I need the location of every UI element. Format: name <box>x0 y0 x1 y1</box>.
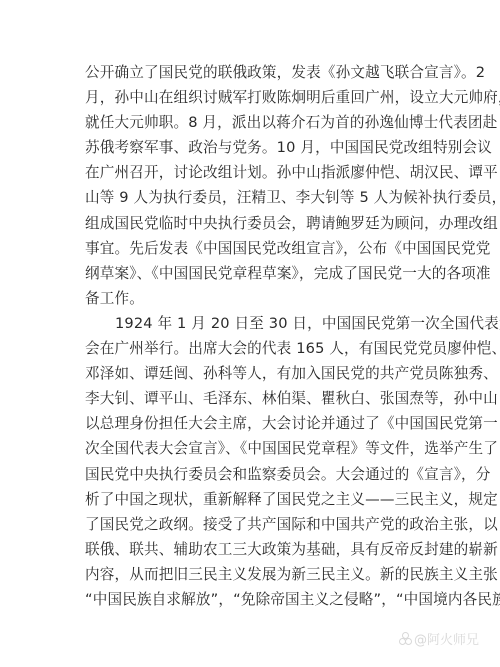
watermark: @阿火师兄 <box>399 629 479 648</box>
text-line: 以总理身份担任大会主席，大会讨论并通过了《中国国民党第一 <box>85 411 417 436</box>
watermark-text: @阿火师兄 <box>414 629 479 648</box>
text-line: 次全国代表大会宣言》、《中国国民党章程》等文件，选举产生了 <box>85 436 417 461</box>
text-line: 国民党中央执行委员会和监察委员会。大会通过的《宣言》，分 <box>85 462 417 487</box>
text-line: 备工作。 <box>85 286 417 311</box>
text-line: 月，孙中山在组织讨贼军打败陈炯明后重回广州，设立大元帅府， <box>85 85 417 110</box>
text-line: 就任大元帅职。8 月，派出以蒋介石为首的孙逸仙博士代表团赴 <box>85 110 417 135</box>
paw-logo-icon <box>399 632 412 645</box>
text-line: “中国民族自求解放”，“免除帝国主义之侵略”，“中国境内各民族一 <box>85 587 417 612</box>
text-line: 联俄、联共、辅助农工三大政策为基础，具有反帝反封建的崭新 <box>85 537 417 562</box>
text-line: 李大钊、谭平山、毛泽东、林伯渠、瞿秋白、张国焘等，孙中山 <box>85 386 417 411</box>
text-line: 在广州召开，讨论改组计划。孙中山指派廖仲恺、胡汉民、谭平 <box>85 160 417 185</box>
document-page: 公开确立了国民党的联俄政策，发表《孙文越飞联合宣言》。2 月，孙中山在组织讨贼军… <box>85 60 417 612</box>
text-line: 内容，从而把旧三民主义发展为新三民主义。新的民族主义主张 <box>85 562 417 587</box>
text-line: 析了中国之现状，重新解释了国民党之主义——三民主义，规定 <box>85 487 417 512</box>
text-line: 山等 9 人为执行委员，汪精卫、李大钊等 5 人为候补执行委员， <box>85 185 417 210</box>
text-line: 公开确立了国民党的联俄政策，发表《孙文越飞联合宣言》。2 <box>85 60 417 85</box>
text-line: 苏俄考察军事、政治与党务。10 月，中国国民党改组特别会议 <box>85 135 417 160</box>
text-line: 组成国民党临时中央执行委员会，聘请鲍罗廷为顾问，办理改组 <box>85 211 417 236</box>
text-line: 纲草案》、《中国国民党章程草案》，完成了国民党一大的各项准 <box>85 261 417 286</box>
text-line: 会在广州举行。出席大会的代表 165 人，有国民党党员廖仲恺、 <box>85 336 417 361</box>
text-line: 邓泽如、谭廷闿、孙科等人，有加入国民党的共产党员陈独秀、 <box>85 361 417 386</box>
text-line: 事宜。先后发表《中国国民党改组宣言》，公布《中国国民党党 <box>85 236 417 261</box>
text-line: 了国民党之政纲。接受了共产国际和中国共产党的政治主张，以 <box>85 512 417 537</box>
paragraph-start-line: 1924 年 1 月 20 日至 30 日，中国国民党第一次全国代表大 <box>85 311 417 336</box>
